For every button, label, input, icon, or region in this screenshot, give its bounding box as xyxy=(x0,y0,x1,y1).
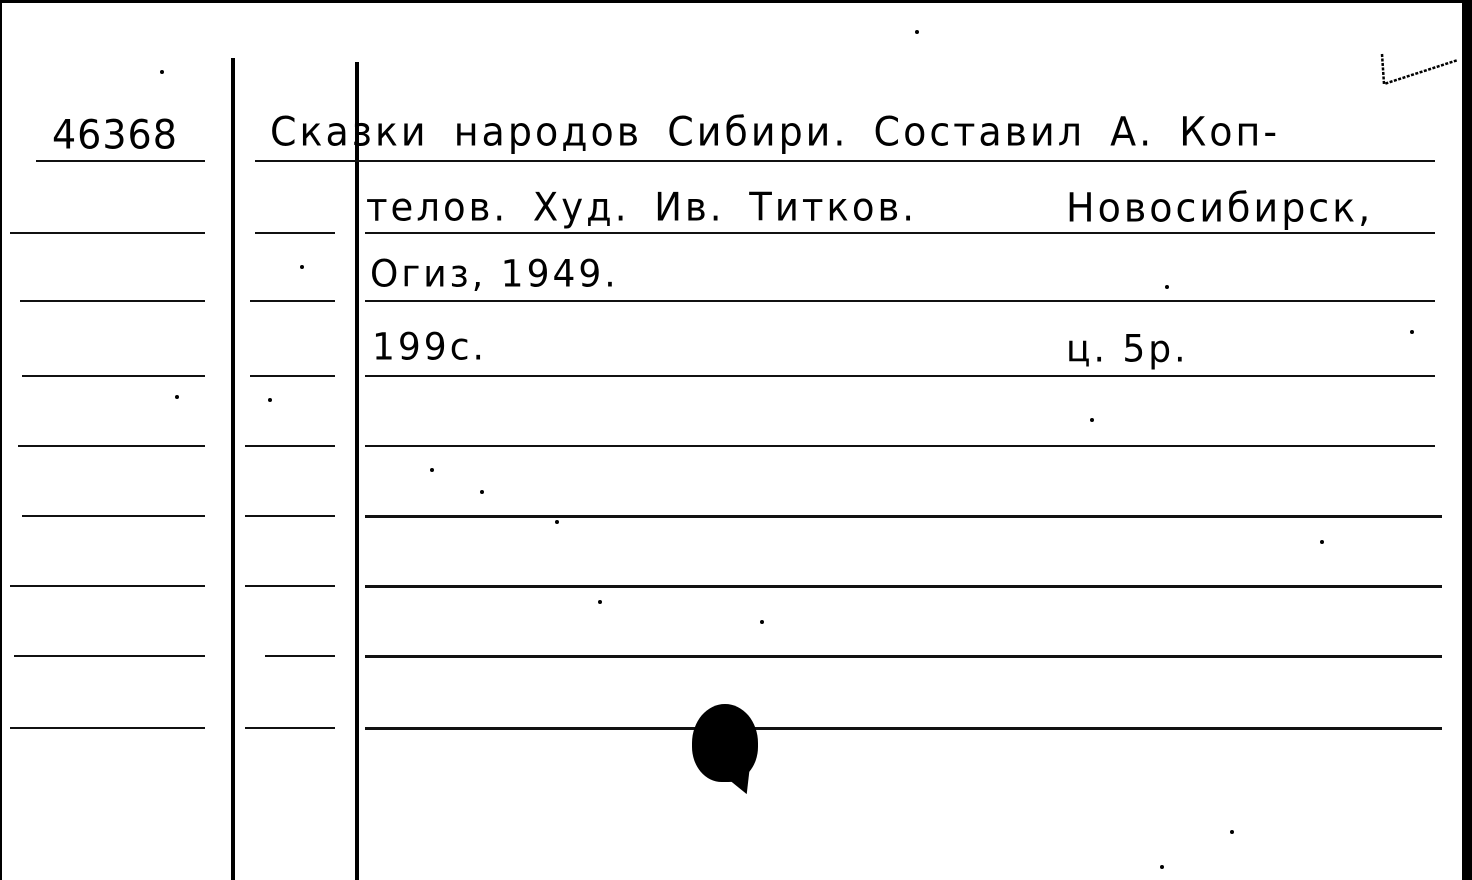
call-number: 46368 xyxy=(52,115,178,155)
speck xyxy=(1320,540,1324,544)
ruled-line xyxy=(10,232,205,234)
ruled-line xyxy=(365,445,1435,447)
ruled-line xyxy=(36,160,205,162)
speck xyxy=(1160,865,1164,869)
ruled-line xyxy=(365,655,1442,658)
column-divider-1 xyxy=(231,58,235,880)
ruled-line xyxy=(250,375,335,377)
speck xyxy=(760,620,764,624)
ruled-line xyxy=(10,727,205,729)
ruled-line xyxy=(255,232,335,234)
ruled-line xyxy=(245,727,335,729)
ruled-line xyxy=(365,515,1442,518)
catalog-card: 46368 Сказки народов Сибири. Составил А.… xyxy=(0,0,1472,880)
speck xyxy=(300,265,304,269)
ruled-line xyxy=(265,655,335,657)
ruled-line xyxy=(245,515,335,517)
price: ц. 5р. xyxy=(1066,331,1189,369)
ruled-line xyxy=(18,445,205,447)
top-border xyxy=(0,0,1472,3)
ruled-line xyxy=(245,445,335,447)
ruled-line xyxy=(22,375,205,377)
speck xyxy=(480,490,484,494)
check-mark-icon xyxy=(1380,52,1460,86)
ruled-line xyxy=(10,585,205,587)
speck xyxy=(1230,830,1234,834)
ruled-line xyxy=(270,160,1435,162)
entry-line-2: телов. Худ. Ив. Титков. xyxy=(366,188,917,227)
ruled-line xyxy=(365,375,1435,377)
speck xyxy=(598,600,602,604)
page-count: 199с. xyxy=(372,329,487,367)
speck xyxy=(160,70,164,74)
entry-line-2-place: Новосибирск, xyxy=(1066,188,1373,228)
ruled-line xyxy=(250,300,335,302)
speck xyxy=(268,398,272,402)
speck xyxy=(1410,330,1414,334)
ruled-line xyxy=(365,300,1435,302)
speck xyxy=(915,30,919,34)
ruled-line xyxy=(22,515,205,517)
ruled-line xyxy=(365,727,1442,730)
speck xyxy=(430,468,434,472)
ruled-line xyxy=(365,232,1435,234)
ruled-line xyxy=(14,655,205,657)
column-divider-2 xyxy=(355,62,359,880)
ruled-line xyxy=(20,300,205,302)
ruled-line xyxy=(365,585,1442,588)
speck xyxy=(175,395,179,399)
entry-line-1: Сказки народов Сибири. Составил А. Коп- xyxy=(270,112,1280,152)
speck xyxy=(1165,285,1169,289)
right-edge xyxy=(1462,0,1472,880)
entry-line-3: Огиз, 1949. xyxy=(370,256,619,294)
ruled-line xyxy=(245,585,335,587)
speck xyxy=(555,520,559,524)
speck xyxy=(1090,418,1094,422)
left-edge xyxy=(0,0,2,880)
